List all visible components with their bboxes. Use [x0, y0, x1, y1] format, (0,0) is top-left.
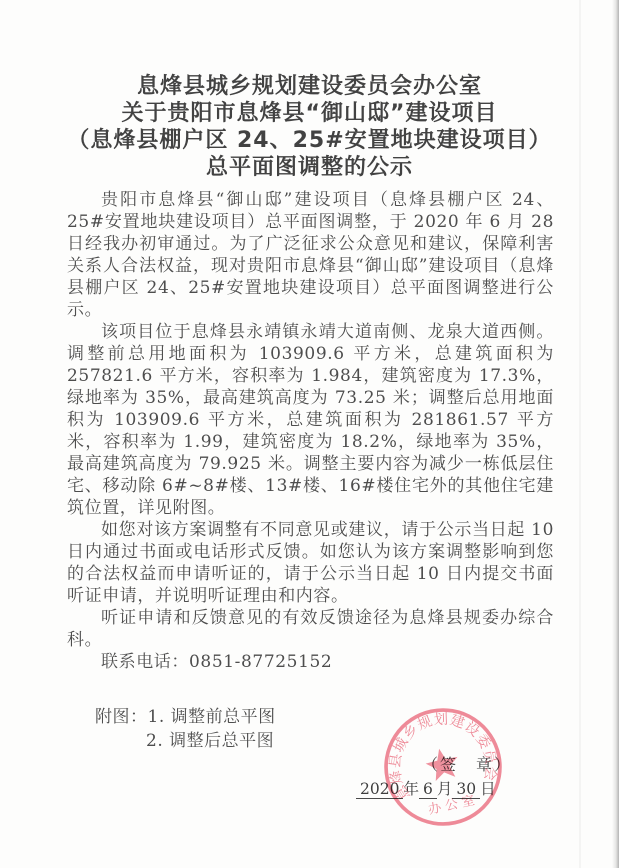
- paragraph-phone: 联系电话：0851-87725152: [67, 651, 554, 673]
- title-line-1: 息烽县城乡规划建设委员会办公室: [0, 73, 619, 100]
- attachment-item-2: 2. 调整后总平图: [95, 729, 619, 753]
- title-line-2: 关于贵阳市息烽县“御山邸”建设项目: [0, 100, 619, 127]
- scan-crease-line: [579, 0, 581, 868]
- notice-title: 息烽县城乡规划建设委员会办公室 关于贵阳市息烽县“御山邸”建设项目 （息烽县棚户…: [0, 0, 619, 181]
- notice-body: 贵阳市息烽县“御山邸”建设项目（息烽县棚户区 24、25#安置地块建设项目）总平…: [67, 189, 554, 673]
- attachments-line-1: 附图：1. 调整前总平图: [95, 705, 619, 729]
- paragraph-feedback: 如您对该方案调整有不同意见或建议，请于公示当日起 10 日内通过书面或电话形式反…: [67, 519, 554, 607]
- official-seal: 息烽县城乡规划建设委员会 办公室: [382, 706, 504, 828]
- attachments-block: 附图：1. 调整前总平图 2. 调整后总平图: [95, 705, 619, 753]
- seal-star: [423, 745, 461, 782]
- scan-edge-shadow: [612, 0, 619, 868]
- attachments-label: 附图：: [95, 707, 148, 727]
- paragraph-approval: 贵阳市息烽县“御山邸”建设项目（息烽县棚户区 24、25#安置地块建设项目）总平…: [67, 189, 554, 321]
- title-line-4: 总平面图调整的公示: [0, 154, 619, 181]
- scanned-notice-page: 息烽县城乡规划建设委员会办公室 关于贵阳市息烽县“御山邸”建设项目 （息烽县棚户…: [0, 0, 619, 868]
- attachment-item-1: 1. 调整前总平图: [148, 707, 276, 727]
- title-line-3: （息烽县棚户区 24、25#安置地块建设项目）: [0, 127, 619, 154]
- paragraph-channel: 听证申请和反馈意见的有效反馈途径为息烽县规委办综合科。: [67, 607, 554, 651]
- paragraph-project-details: 该项目位于息烽县永靖镇永靖大道南侧、龙泉大道西侧。调整前总用地面积为 10390…: [67, 321, 554, 519]
